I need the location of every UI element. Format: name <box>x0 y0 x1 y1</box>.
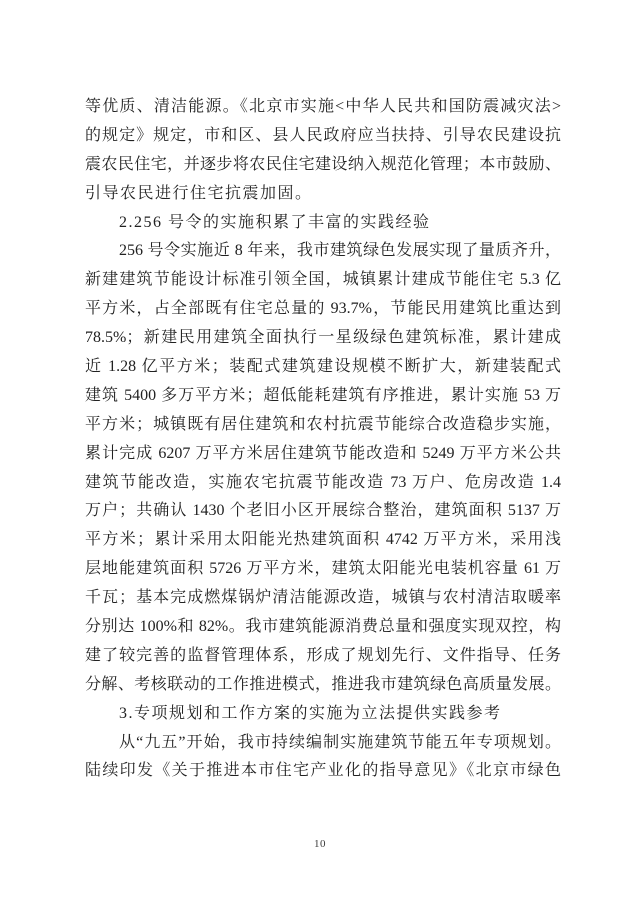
text-line: 建了较完善的监督管理体系，形成了规划先行、文件指导、任务 <box>85 642 561 671</box>
text-line: 平方米，占全部既有住宅总量的 93.7%，节能民用建筑比重达到 <box>85 295 561 324</box>
text-line: 累计完成 6207 万平方米居住建筑节能改造和 5249 万平方米公共 <box>85 440 561 469</box>
text-block: 等优质、清洁能源。《北京市实施<中华人民共和国防震减灾法> 的规定》规定，市和区… <box>85 93 561 786</box>
text-line: 新建建筑节能设计标准引领全国，城镇累计建成节能住宅 5.3 亿 <box>85 266 561 295</box>
text-line: 万户；共确认 1430 个老旧小区开展综合整治，建筑面积 5137 万 <box>85 497 561 526</box>
text-line: 平方米；累计采用太阳能光热建筑面积 4742 万平方米，采用浅 <box>85 526 561 555</box>
text-line: 分解、考核联动的工作推进模式，推进我市建筑绿色高质量发展。 <box>85 671 561 700</box>
text-line: 层地能建筑面积 5726 万平方米，建筑太阳能光电装机容量 61 万 <box>85 555 561 584</box>
text-line: 近 1.28 亿平方米；装配式建筑建设规模不断扩大，新建装配式 <box>85 353 561 382</box>
text-line: 建筑 5400 多万平方米；超低能耗建筑有序推进，累计实施 53 万 <box>85 382 561 411</box>
paragraph-start-line: 从“九五”开始，我市持续编制实施建筑节能五年专项规划。 <box>85 729 561 758</box>
text-line: 陆续印发《关于推进本市住宅产业化的指导意见》《北京市绿色 <box>85 757 561 786</box>
text-line: 建筑节能改造，实施农宅抗震节能改造 73 万户、危房改造 1.4 <box>85 469 561 498</box>
text-line: 分别达 100%和 82%。我市建筑能源消费总量和强度实现双控，构 <box>85 613 561 642</box>
page-number: 10 <box>0 836 640 852</box>
text-line: 震农民住宅，并逐步将农民住宅建设纳入规范化管理；本市鼓励、 <box>85 151 561 180</box>
paragraph-start-line: 256 号令实施近 8 年来，我市建筑绿色发展实现了量质齐升， <box>85 237 561 266</box>
text-line: 78.5%；新建民用建筑全面执行一星级绿色建筑标准，累计建成 <box>85 324 561 353</box>
section-heading-3: 3.专项规划和工作方案的实施为立法提供实践参考 <box>85 700 561 729</box>
text-line: 的规定》规定，市和区、县人民政府应当扶持、引导农民建设抗 <box>85 122 561 151</box>
section-heading-2: 2.256 号令的实施积累了丰富的实践经验 <box>85 209 561 238</box>
document-page: 等优质、清洁能源。《北京市实施<中华人民共和国防震减灾法> 的规定》规定，市和区… <box>0 0 640 904</box>
text-line: 千瓦；基本完成燃煤锅炉清洁能源改造，城镇与农村清洁取暖率 <box>85 584 561 613</box>
paragraph-end-line: 引导农民进行住宅抗震加固。 <box>85 180 561 209</box>
text-line: 平方米；城镇既有居住建筑和农村抗震节能综合改造稳步实施， <box>85 411 561 440</box>
text-line: 等优质、清洁能源。《北京市实施<中华人民共和国防震减灾法> <box>85 93 561 122</box>
